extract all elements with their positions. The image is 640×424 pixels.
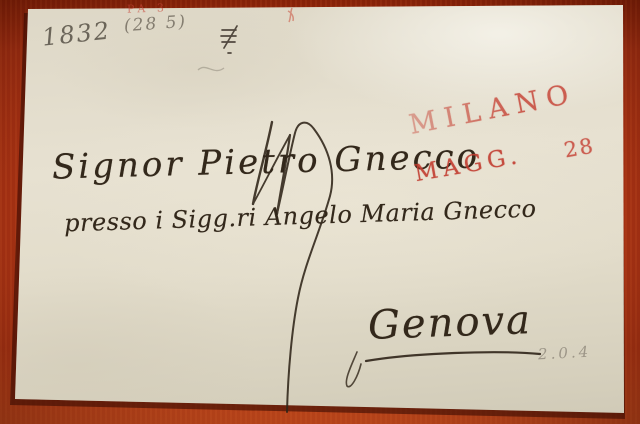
photo-of-1832-letter: 1832 (28 5) PA 3 Signor Pietro Gnecco pr… (0, 0, 640, 424)
pencil-rate-note: 2.0.4 (538, 343, 592, 364)
red-postmark-fragment: PA 3 (127, 1, 168, 15)
destination-city: Genova (367, 297, 532, 349)
